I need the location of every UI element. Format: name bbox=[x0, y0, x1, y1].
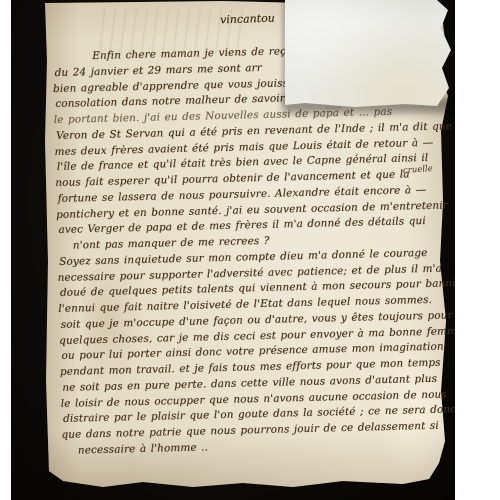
blank-overlapping-sheet bbox=[285, 0, 453, 114]
interline-insertion: cruelle bbox=[403, 164, 433, 176]
product-image-canvas: vincantou Enfin chere maman je viens de … bbox=[0, 0, 500, 500]
letter-photograph[interactable]: vincantou Enfin chere maman je viens de … bbox=[11, 0, 455, 500]
